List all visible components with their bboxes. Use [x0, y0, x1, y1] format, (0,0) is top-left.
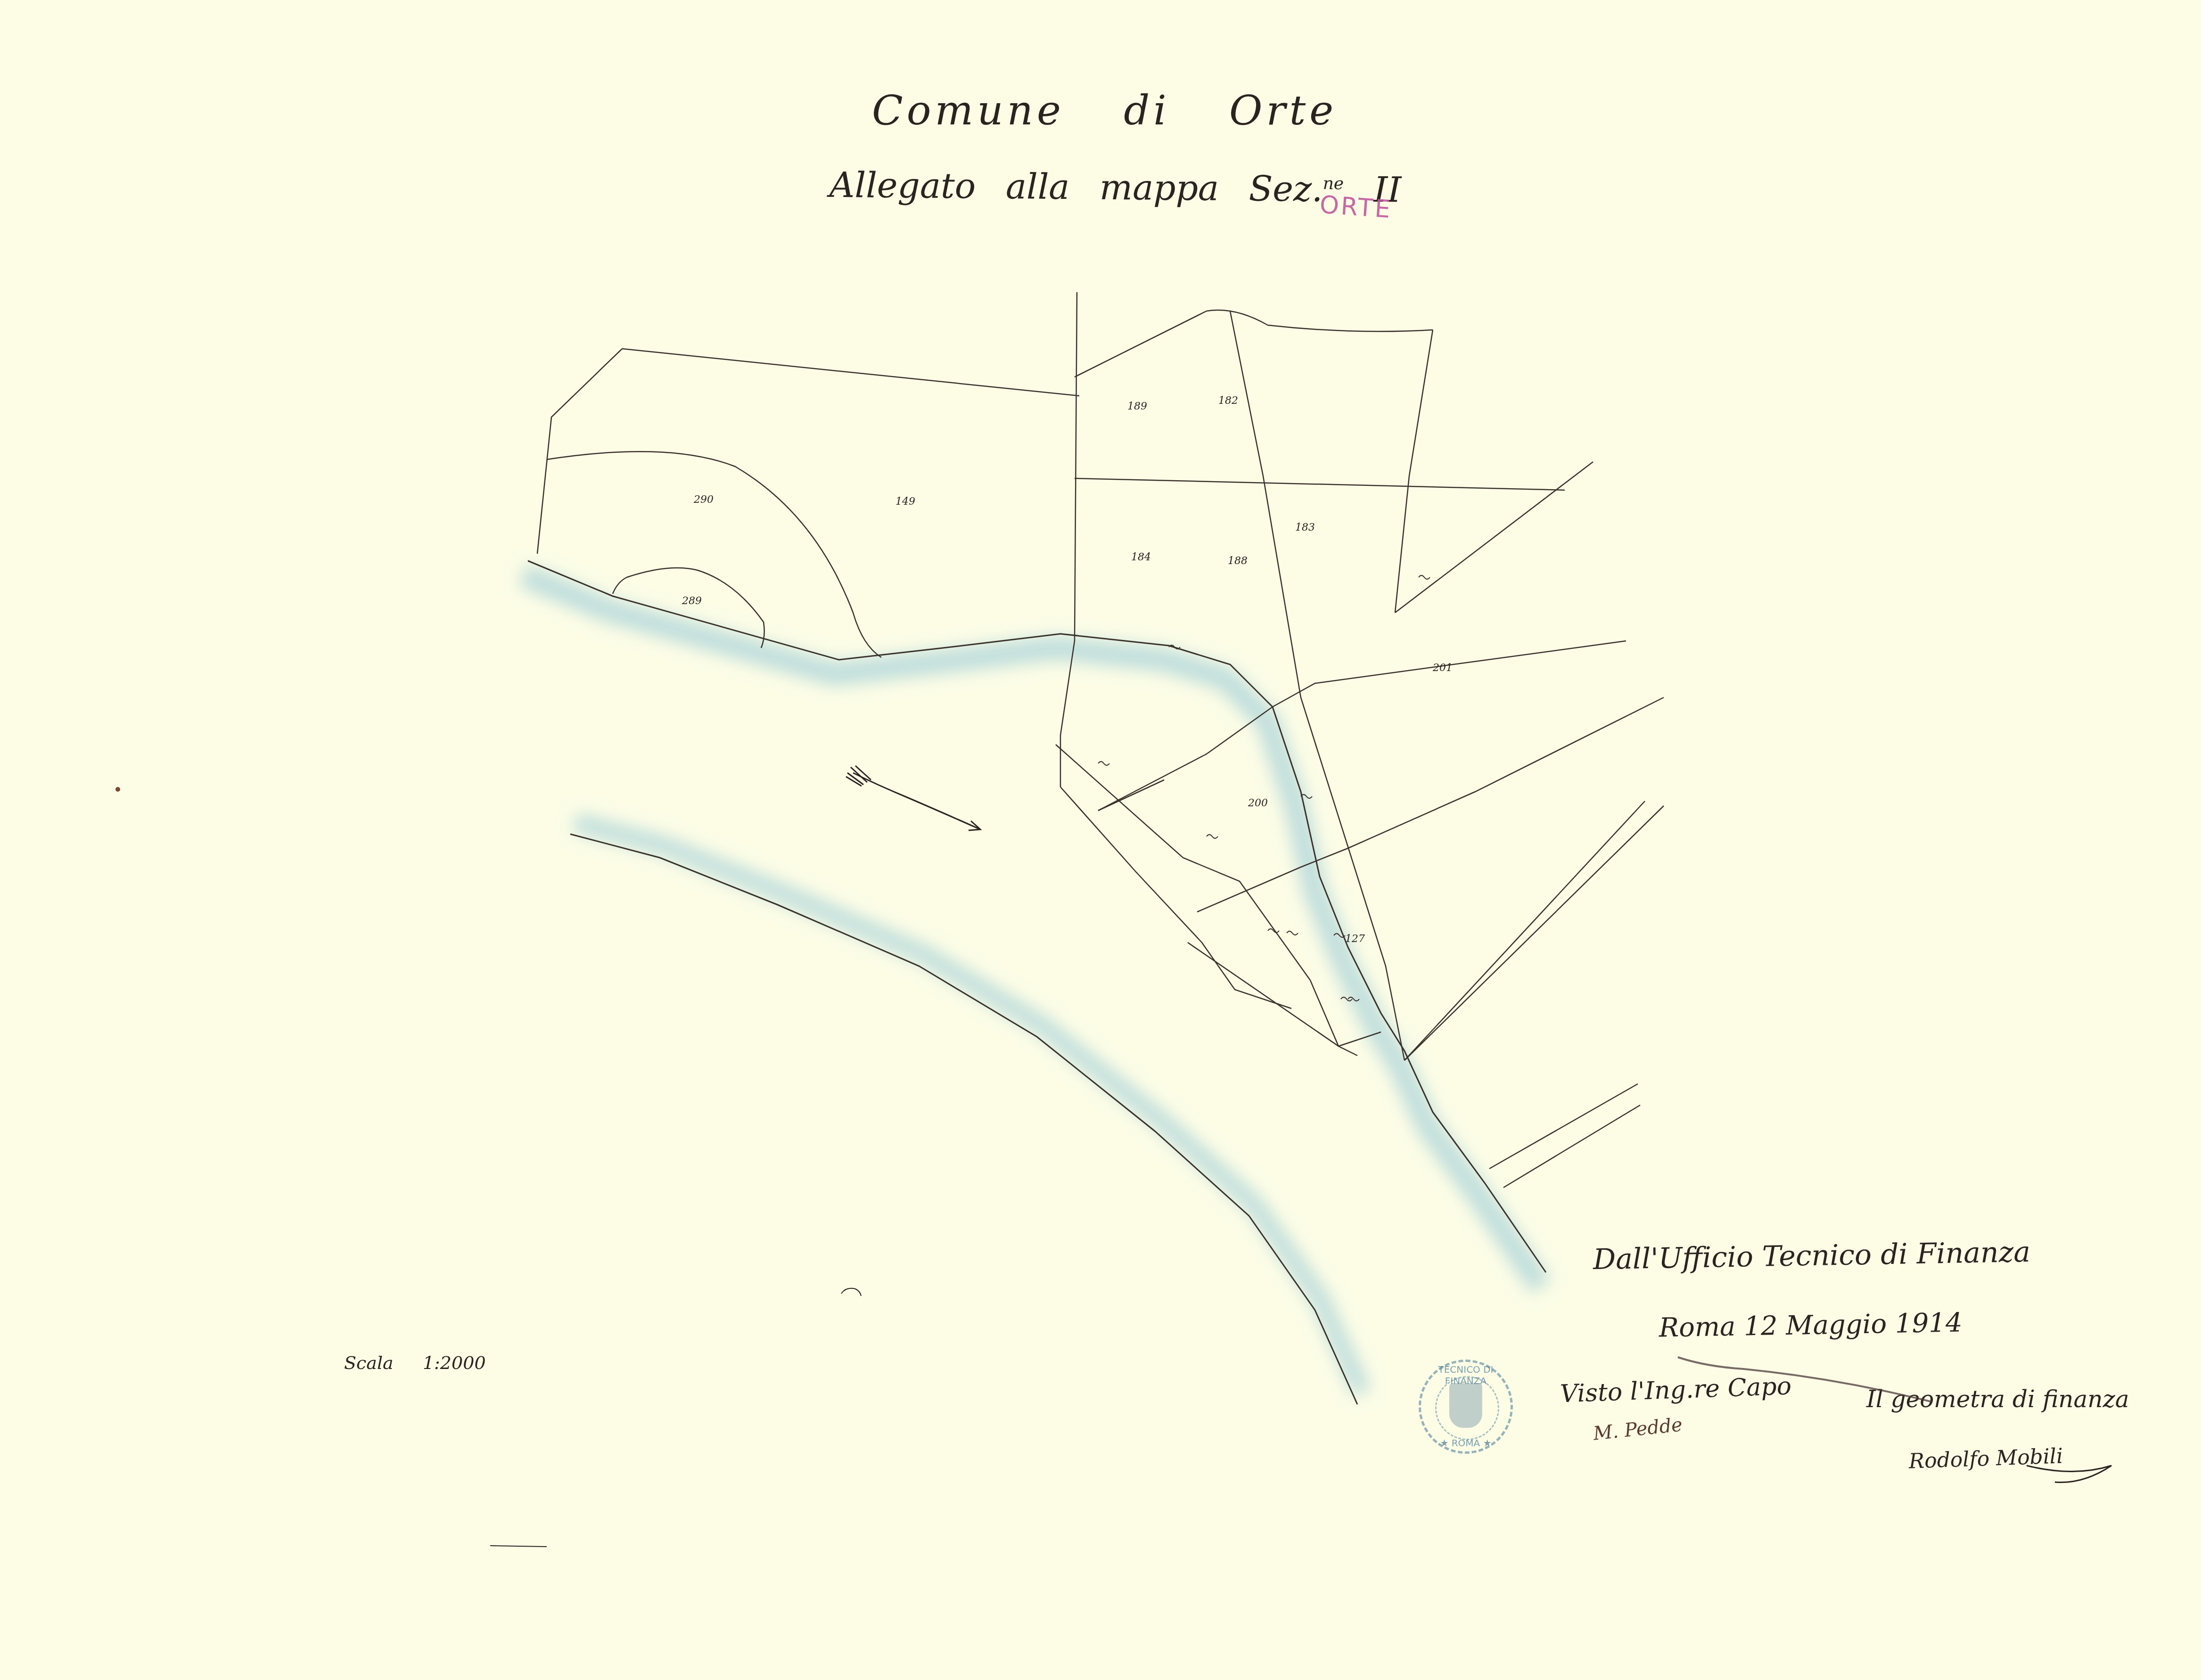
scale-value: 1:2000: [423, 1352, 486, 1373]
map-sheet: Comune di Orte Allegato alla mappa Sez.n…: [0, 0, 2201, 1680]
parcel-label-188: 188: [1228, 555, 1248, 567]
paper-marks: [115, 787, 861, 1547]
river-flow-arrow: [846, 766, 980, 830]
seal-crest-icon: [1449, 1383, 1482, 1428]
parcel-label-183: 183: [1295, 522, 1315, 533]
parcel-label-200: 200: [1248, 797, 1268, 809]
scale-label: Scala 1:2000: [344, 1352, 486, 1373]
geometra-label: Il geometra di finanza: [1866, 1385, 2129, 1413]
river-banks: [528, 561, 1546, 1404]
parcel-boundaries: [537, 292, 1664, 1188]
official-seal: TECNICO DI FINANZA ★ ROMA ★: [1419, 1360, 1513, 1454]
issue-date: Roma 12 Maggio 1914: [1659, 1307, 1963, 1343]
river-wash: [523, 575, 1541, 1393]
parcel-label-127: 127: [1345, 933, 1365, 945]
parcel-label-290: 290: [694, 494, 714, 506]
parcel-label-182: 182: [1218, 395, 1238, 407]
seal-top-text: TECNICO DI FINANZA: [1421, 1364, 1511, 1386]
parcel-label-201: 201: [1433, 662, 1453, 674]
parcel-label-189: 189: [1127, 401, 1147, 412]
orte-stamp: ORTE: [1319, 191, 1393, 224]
subtitle-prefix: Allegato alla mappa Sez.: [829, 165, 1323, 210]
map-subtitle: Allegato alla mappa Sez.ne II: [829, 165, 1402, 211]
parcel-label-149: 149: [895, 496, 915, 508]
seal-bottom-text: ★ ROMA ★: [1421, 1437, 1511, 1449]
tie-marks: [1098, 575, 1430, 1001]
cadastral-map: [0, 0, 2201, 1680]
map-title: Comune di Orte: [872, 87, 1337, 134]
parcel-label-184: 184: [1131, 551, 1151, 563]
subtitle-sup: ne: [1323, 174, 1344, 193]
parcel-label-289: 289: [682, 595, 702, 607]
scale-word: Scala: [344, 1352, 394, 1373]
